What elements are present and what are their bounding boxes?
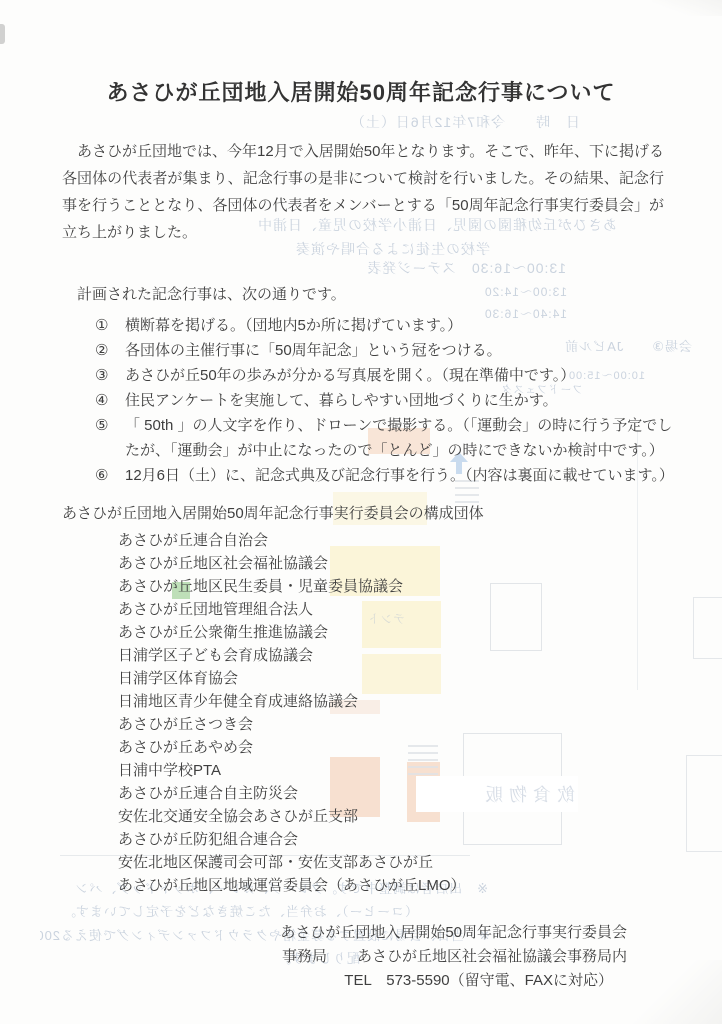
event-number: ① (95, 313, 125, 338)
scanned-document-page: 日 時 令和7年12月6日（土） あさひが丘幼稚園の園児、日浦小学校の児童、日浦… (0, 0, 722, 1024)
organization-item: 日浦学区子ども会育成協議会 (118, 644, 722, 667)
event-item: ① 横断幕を掲げる。（団地内5か所に掲げています。） (95, 313, 684, 338)
organization-item: あさひが丘団地管理組合法人 (118, 598, 722, 621)
event-text: 「 50th 」の人文字を作り、ドローンで撮影する。（「運動会」の時に行う予定で… (125, 413, 673, 463)
event-text: 住民アンケートを実施して、暮らしやすい団地づくりに生かす。 (125, 388, 558, 413)
footer-office: 事務局 あさひが丘地区社会福祉協議会事務局内 (0, 945, 627, 969)
footer-telephone: TEL 573-5590（留守電、FAXに対応） (0, 969, 627, 993)
organization-item: 日浦学区体育協会 (118, 667, 722, 690)
organization-item: あさひが丘地区民生委員・児童委員協議会 (118, 575, 722, 598)
plan-heading: 計画された記念行事は、次の通りです。 (62, 282, 682, 307)
event-item: ② 各団体の主催行事に「50周年記念」という冠をつける。 (95, 338, 684, 363)
event-item: ⑥ 12月6日（土）に、記念式典及び記念行事を行う。（内容は裏面に載せています。… (95, 463, 684, 488)
event-text: 12月6日（土）に、記念式典及び記念行事を行う。（内容は裏面に載せています。） (125, 463, 673, 488)
event-number: ③ (95, 363, 125, 388)
organization-item: あさひが丘地区地域運営委員会（あさひが丘LMO） (118, 874, 722, 897)
organization-item: 安佐北地区保護司会可部・安佐支部あさひが丘 (118, 851, 722, 874)
event-item: ③ あさひが丘50年の歩みが分かる写真展を開く。（現在準備中です。） (95, 363, 684, 388)
event-item: ⑤ 「 50th 」の人文字を作り、ドローンで撮影する。（「運動会」の時に行う予… (95, 413, 684, 463)
intro-paragraph: あさひが丘団地では、今年12月で入居開始50年となります。そこで、昨年、下に掲げ… (62, 138, 664, 246)
page-title: あさひが丘団地入居開始50周年記念行事について (0, 0, 722, 108)
event-text: 横断幕を掲げる。（団地内5か所に掲げています。） (125, 313, 462, 338)
organization-item: あさひが丘地区社会福祉協議会 (118, 552, 722, 575)
organizations-heading: あさひが丘団地入居開始50周年記念行事実行委員会の構成団体 (62, 502, 722, 526)
organization-list: あさひが丘連合自治会 あさひが丘地区社会福祉協議会 あさひが丘地区民生委員・児童… (118, 529, 722, 897)
event-number: ② (95, 338, 125, 363)
organization-item: あさひが丘連合自主防災会 (118, 782, 722, 805)
organization-item: 日浦中学校PTA (118, 759, 722, 782)
event-text: あさひが丘50年の歩みが分かる写真展を開く。（現在準備中です。） (125, 363, 575, 388)
footer-committee-name: あさひが丘団地入居開始50周年記念行事実行委員会 (0, 921, 627, 945)
footer-block: あさひが丘団地入居開始50周年記念行事実行委員会 事務局 あさひが丘地区社会福祉… (0, 921, 627, 993)
event-number: ⑥ (95, 463, 125, 488)
organization-item: あさひが丘あやめ会 (118, 736, 722, 759)
organization-item: あさひが丘公衆衛生推進協議会 (118, 621, 722, 644)
organization-item: 安佐北交通安全協会あさひが丘支部 (118, 805, 722, 828)
event-number: ④ (95, 388, 125, 413)
event-list: ① 横断幕を掲げる。（団地内5か所に掲げています。） ② 各団体の主催行事に「5… (95, 313, 684, 488)
organization-item: 日浦地区青少年健全育成連絡協議会 (118, 690, 722, 713)
organization-item: あさひが丘防犯組合連合会 (118, 828, 722, 851)
event-text: 各団体の主催行事に「50周年記念」という冠をつける。 (125, 338, 502, 363)
event-number: ⑤ (95, 413, 125, 463)
organization-item: あさひが丘さつき会 (118, 713, 722, 736)
document-content: あさひが丘団地入居開始50周年記念行事について あさひが丘団地では、今年12月で… (0, 0, 722, 993)
event-item: ④ 住民アンケートを実施して、暮らしやすい団地づくりに生かす。 (95, 388, 684, 413)
organization-item: あさひが丘連合自治会 (118, 529, 722, 552)
